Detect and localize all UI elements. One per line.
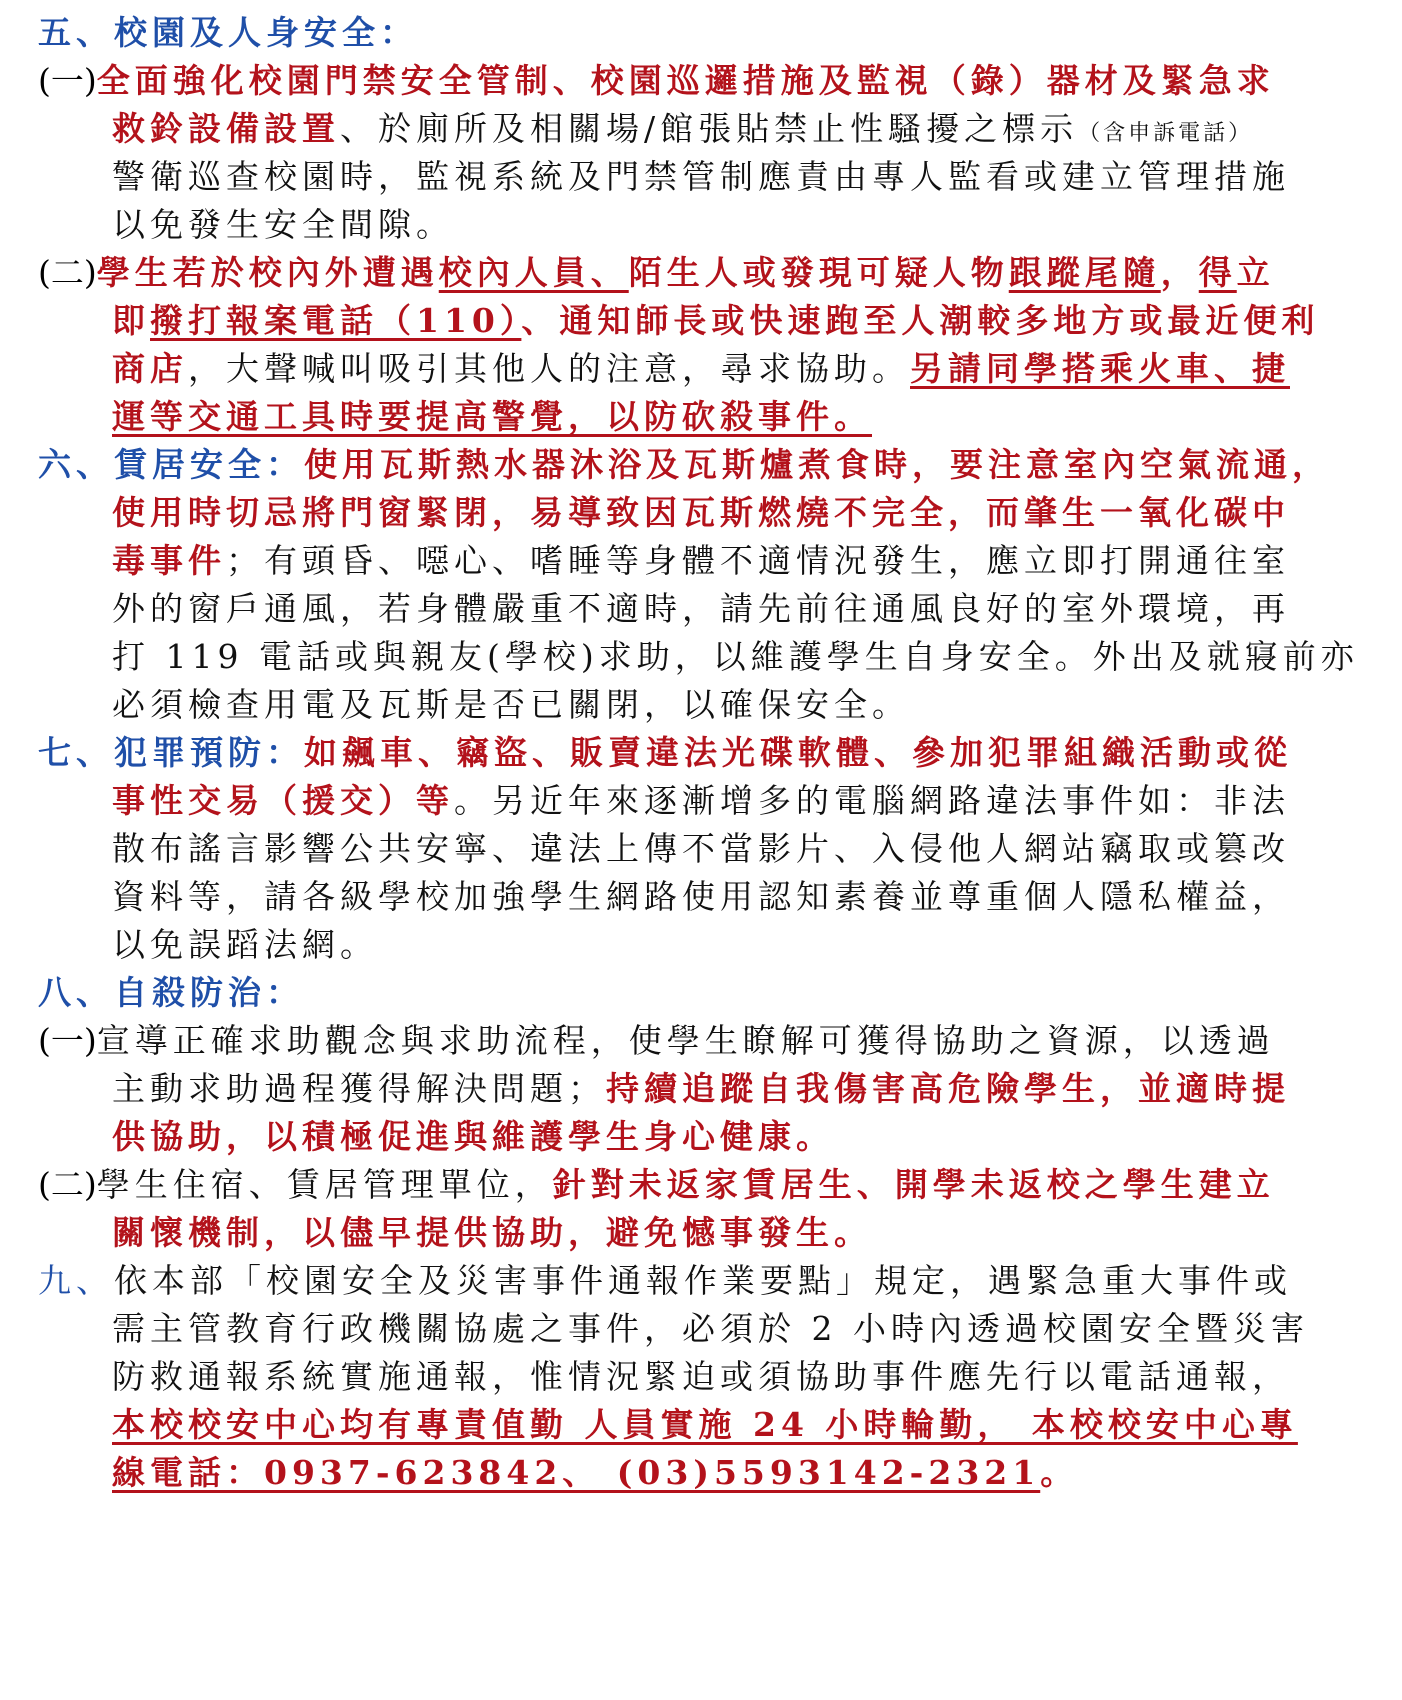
emphasis-text: 持續追蹤自我傷害高危險學生，並適時提 (606, 1069, 1290, 1108)
emphasis-text: 事性交易（援交）等 (112, 781, 454, 820)
item-marker: (二) (38, 1165, 97, 1204)
section-6-line-4: 外的窗戶通風，若身體嚴重不適時，請先前往通風良好的室外環境，再 (112, 584, 1290, 634)
section-5-item-1-line-3: 警衛巡查校園時，監視系統及門禁管制應責由專人監看或建立管理措施 (112, 152, 1290, 202)
section-5-item-2-line-3: 商店，大聲喊叫吸引其他人的注意，尋求協助。另請同學搭乘火車、捷 (112, 344, 1290, 394)
section-5-item-2-line-4: 運等交通工具時要提高警覺，以防砍殺事件。 (112, 392, 872, 442)
section-6-line-5: 打 119 電話或與親友(學校)求助，以維護學生自身安全。外出及就寢前亦 (112, 632, 1359, 682)
section-6-line-2: 使用時切忌將門窗緊閉，易導致因瓦斯燃燒不完全，而肇生一氧化碳中 (112, 488, 1290, 538)
note-text: （含申訴電話） (1078, 121, 1253, 146)
underlined-text: 本校校安中心均有專責值勤 人員實施 24 小時輪勤， 本校校安中心專 (112, 1405, 1298, 1444)
section-7-line-2: 事性交易（援交）等。另近年來逐漸增多的電腦網路違法事件如：非法 (112, 776, 1290, 826)
section-7-line-4: 資料等，請各級學校加強學生網路使用認知素養並尊重個人隱私權益， (112, 872, 1290, 922)
section-5-item-1-line-4: 以免發生安全間隙。 (112, 200, 454, 250)
underlined-text: 跟蹤尾隨 (1009, 253, 1161, 292)
section-6-line-3: 毒事件；有頭昏、噁心、嗜睡等身體不適情況發生，應立即打開通往室 (112, 536, 1290, 586)
section-5-item-2-line-1: (二)學生若於校內外遭遇校內人員、陌生人或發現可疑人物跟蹤尾隨，得立 (38, 248, 1275, 298)
section-8-item-1-line-2: 主動求助過程獲得解決問題；持續追蹤自我傷害高危險學生，並適時提 (112, 1064, 1290, 1114)
emphasis-text: 立 (1237, 253, 1275, 292)
body-text: 。另近年來逐漸增多的電腦網路違法事件如：非法 (454, 781, 1290, 820)
underlined-text: 校內人員、 (439, 253, 629, 292)
section-9-line-2: 需主管教育行政機關協處之事件，必須於 2 小時內透過校園安全暨災害 (112, 1304, 1309, 1354)
body-text: 、於廁所及相關場/館張貼禁止性騷擾之標示 (340, 109, 1078, 148)
section-6-line-1: 六、賃居安全：使用瓦斯熱水器沐浴及瓦斯爐煮食時，要注意室內空氣流通， (38, 440, 1330, 490)
emphasis-text: 使用瓦斯熱水器沐浴及瓦斯爐煮食時，要注意室內空氣流通， (304, 445, 1330, 484)
section-7-heading: 七、犯罪預防： (38, 733, 304, 772)
emphasis-text: 救鈴設備設置 (112, 109, 340, 148)
sentence-end: 。 (1040, 1453, 1078, 1492)
emphasis-text: 全面強化校園門禁安全管制、校園巡邏措施及監視（錄）器材及緊急求 (97, 61, 1275, 100)
hotline-phone-text: 線電話：0937-623842、 (03)5593142-2321 (112, 1453, 1040, 1492)
underlined-text: 得 (1199, 253, 1237, 292)
emergency-number-text: 撥打報案電話（110） (150, 301, 521, 340)
section-9-marker: 九、 (38, 1261, 114, 1300)
body-text: 學生住宿、賃居管理單位， (97, 1165, 553, 1204)
section-8-item-1-line-1: (一)宣導正確求助觀念與求助流程，使學生瞭解可獲得協助之資源，以透過 (38, 1016, 1275, 1066)
body-text: ，大聲喊叫吸引其他人的注意，尋求協助。 (188, 349, 910, 388)
item-marker: (一) (38, 1021, 97, 1060)
emphasis-text: 陌生人或發現可疑人物 (629, 253, 1009, 292)
section-5-item-1-line-1: (一)全面強化校園門禁安全管制、校園巡邏措施及監視（錄）器材及緊急求 (38, 56, 1275, 106)
body-text: 宣導正確求助觀念與求助流程，使學生瞭解可獲得協助之資源，以透過 (97, 1021, 1275, 1060)
section-8-heading: 八、自殺防治： (38, 968, 304, 1018)
emphasis-text: 針對未返家賃居生、開學未返校之學生建立 (553, 1165, 1275, 1204)
body-text: 主動求助過程獲得解決問題； (112, 1069, 606, 1108)
section-9-line-3: 防救通報系統實施通報，惟情況緊迫或須協助事件應先行以電話通報， (112, 1352, 1290, 1402)
emphasis-text: 即 (112, 301, 150, 340)
section-9-line-5: 線電話：0937-623842、 (03)5593142-2321。 (112, 1448, 1078, 1498)
section-5-heading: 五、校園及人身安全： (38, 8, 418, 58)
section-5-item-1-line-2: 救鈴設備設置、於廁所及相關場/館張貼禁止性騷擾之標示（含申訴電話） (112, 104, 1253, 159)
underlined-text: 運等交通工具時要提高警覺，以防砍殺事件。 (112, 397, 872, 436)
section-7-line-1: 七、犯罪預防：如飆車、竊盜、販賣違法光碟軟體、參加犯罪組織活動或從 (38, 728, 1292, 778)
emphasis-text: 如飆車、竊盜、販賣違法光碟軟體、參加犯罪組織活動或從 (304, 733, 1292, 772)
emphasis-text: 學生若於校內外遭遇 (97, 253, 439, 292)
section-9-line-1: 九、依本部「校園安全及災害事件通報作業要點」規定，遇緊急重大事件或 (38, 1256, 1292, 1306)
section-8-item-2-line-1: (二)學生住宿、賃居管理單位，針對未返家賃居生、開學未返校之學生建立 (38, 1160, 1275, 1210)
section-8-item-1-line-3: 供協助，以積極促進與維護學生身心健康。 (112, 1112, 834, 1162)
section-5-item-2-line-2: 即撥打報案電話（110）、通知師長或快速跑至人潮較多地方或最近便利 (112, 296, 1319, 346)
body-text: 依本部「校園安全及災害事件通報作業要點」規定，遇緊急重大事件或 (114, 1261, 1292, 1300)
underlined-text: 另請同學搭乘火車、捷 (910, 349, 1290, 388)
section-6-line-6: 必須檢查用電及瓦斯是否已關閉，以確保安全。 (112, 680, 910, 730)
section-7-line-3: 散布謠言影響公共安寧、違法上傳不當影片、入侵他人網站竊取或篡改 (112, 824, 1290, 874)
section-6-heading: 六、賃居安全： (38, 445, 304, 484)
section-9-line-4: 本校校安中心均有專責值勤 人員實施 24 小時輪勤， 本校校安中心專 (112, 1400, 1298, 1450)
section-8-item-2-line-2: 關懷機制，以儘早提供協助，避免憾事發生。 (112, 1208, 872, 1258)
emphasis-text: ， (1161, 253, 1199, 292)
item-marker: (一) (38, 61, 97, 100)
emphasis-text: 、通知師長或快速跑至人潮較多地方或最近便利 (521, 301, 1319, 340)
emphasis-text: 毒事件 (112, 541, 226, 580)
item-marker: (二) (38, 253, 97, 292)
emphasis-text: 商店 (112, 349, 188, 388)
section-7-line-5: 以免誤蹈法網。 (112, 920, 378, 970)
body-text: ；有頭昏、噁心、嗜睡等身體不適情況發生，應立即打開通往室 (226, 541, 1290, 580)
